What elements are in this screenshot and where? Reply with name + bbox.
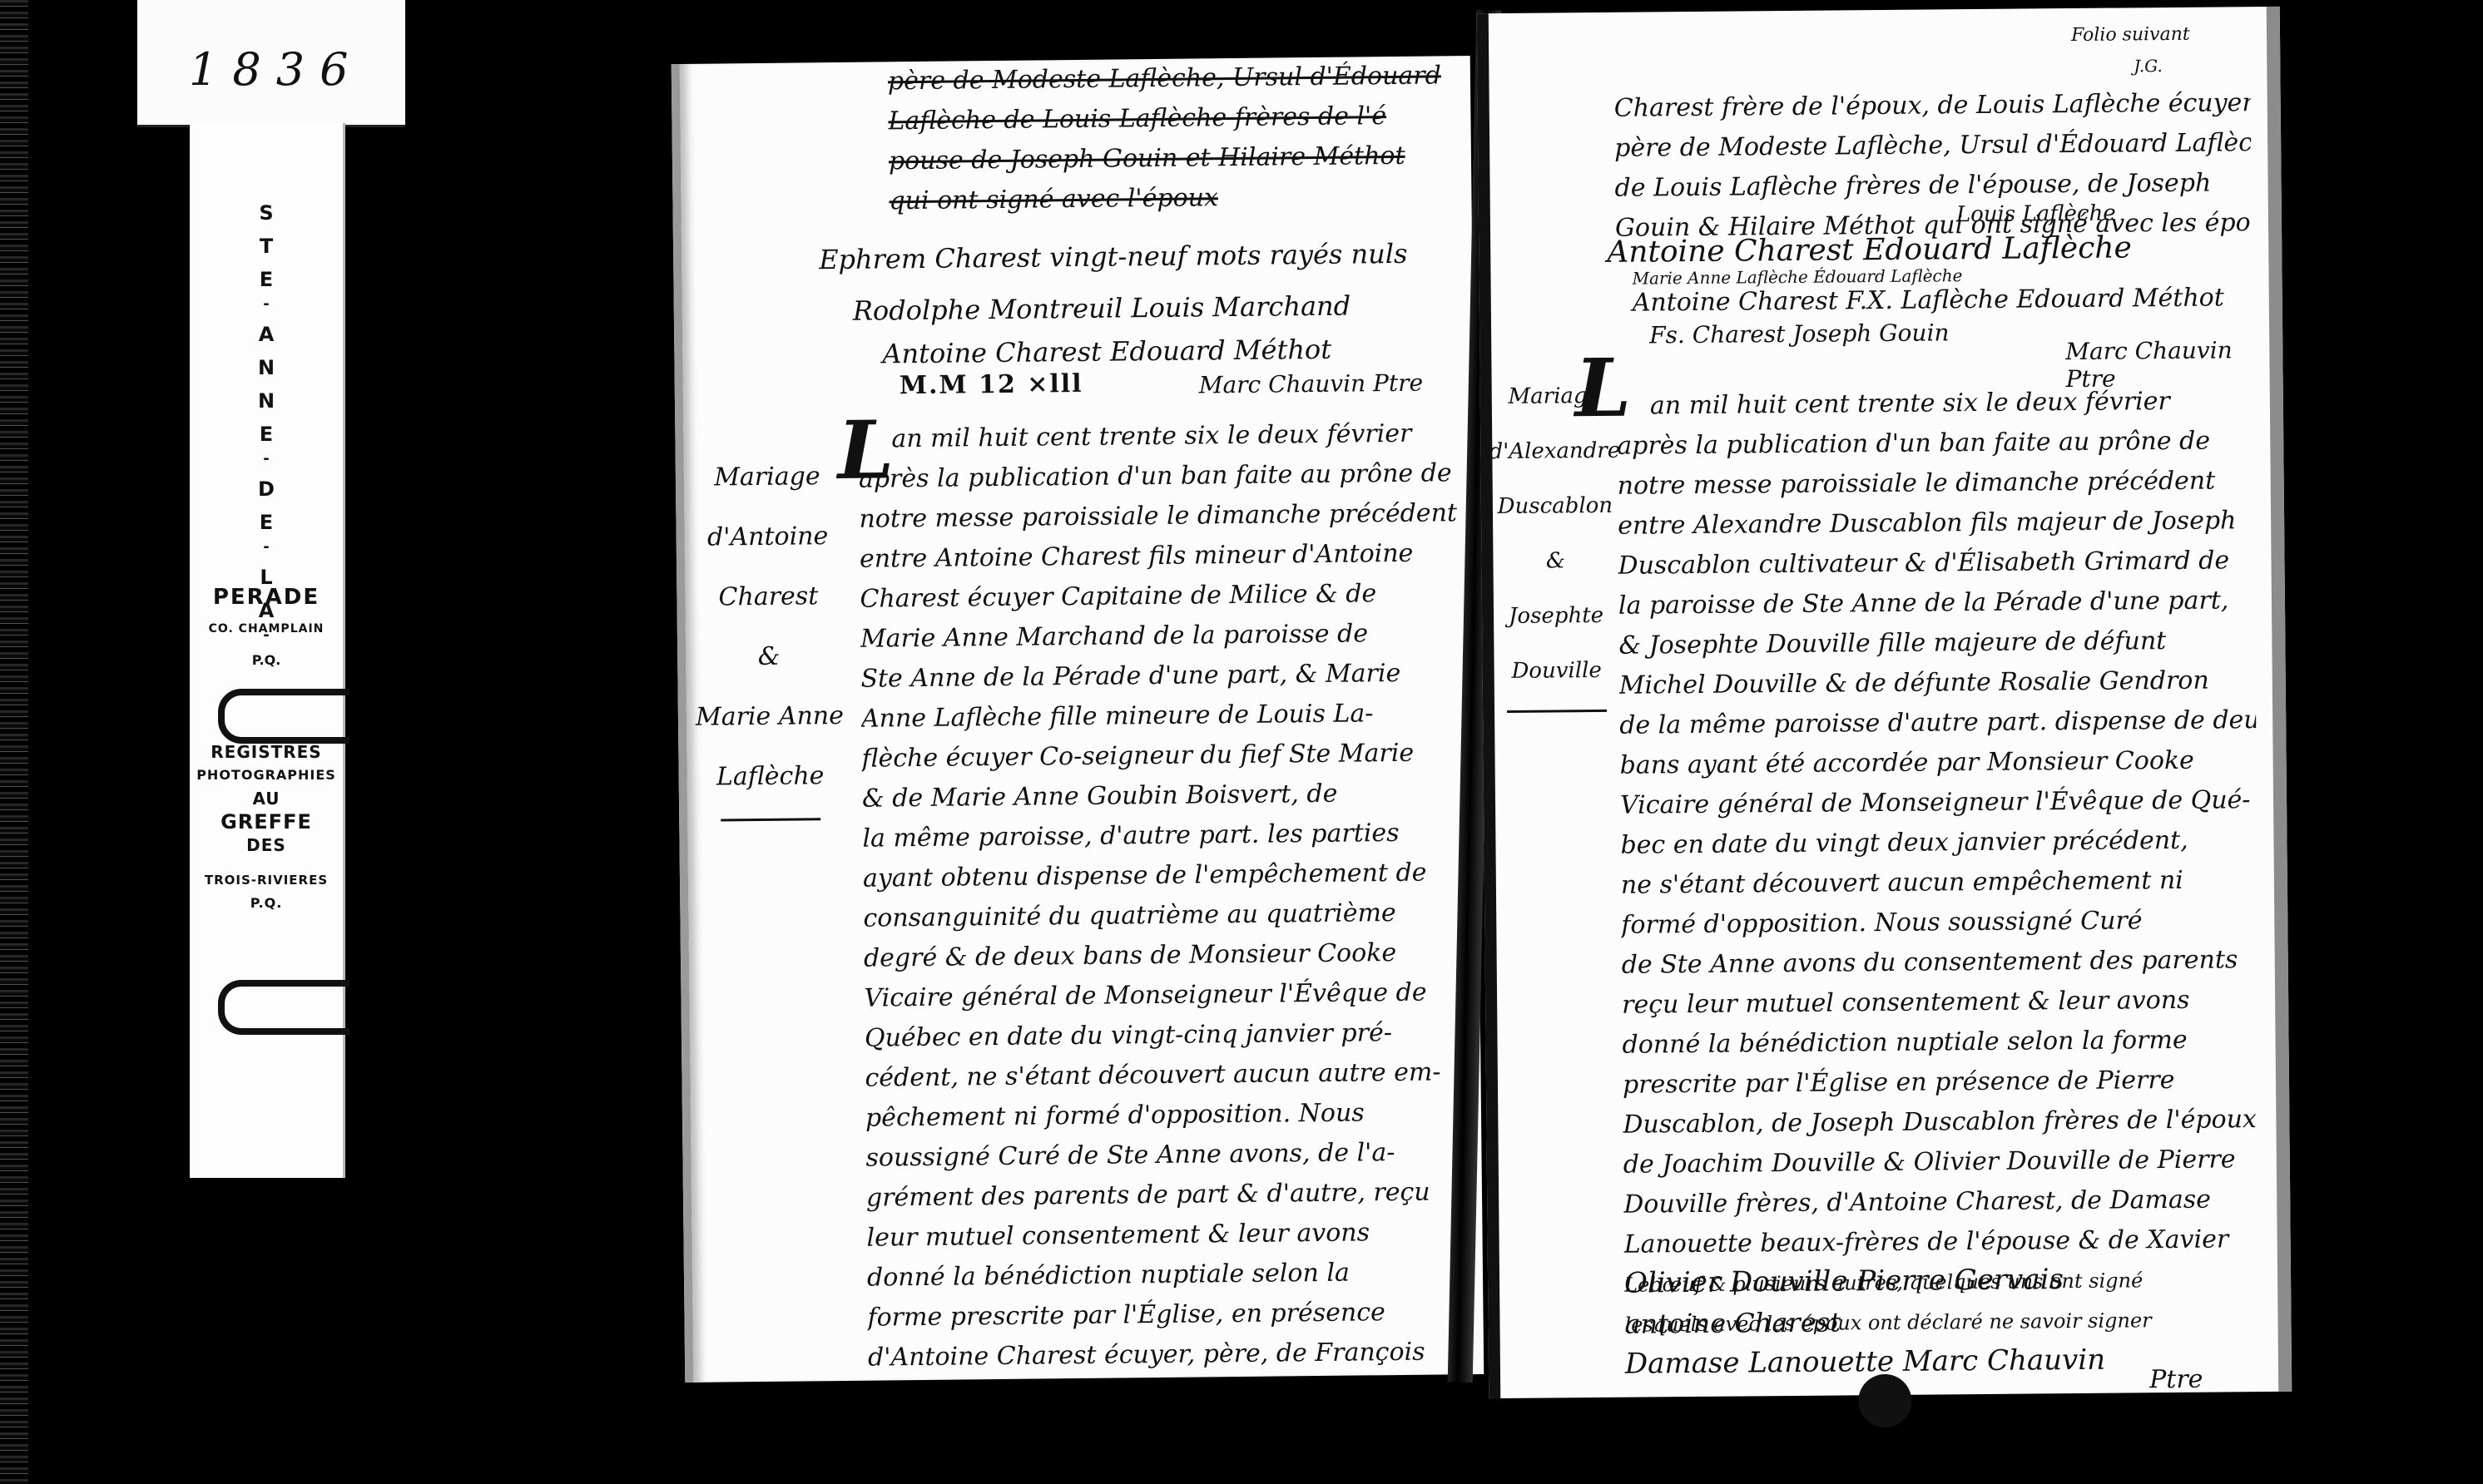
closing-signature: Ptre (2149, 1365, 2203, 1395)
text-line: formé d'opposition. Nous soussigné Curé (1621, 900, 2257, 946)
margin-line: & (1484, 533, 1627, 589)
year-label: 1836 (189, 43, 363, 96)
signature-line: Louis Laflèche (1956, 201, 2116, 228)
text-line: & de Marie Anne Goubin Boisvert, de (862, 773, 1461, 819)
province-label: P.Q. (190, 652, 343, 668)
margin-line: Mariage (1483, 369, 1625, 424)
text-line: bec en date du vingt deux janvier précéd… (1620, 820, 2257, 866)
text-line: an mil huit cent trente six le deux févr… (1617, 381, 2253, 427)
strip-letter: - (263, 296, 269, 318)
text-line: la paroisse de Ste Anne de la Pérade d'u… (1618, 581, 2255, 626)
paper-clip-icon (218, 689, 349, 744)
text-line: Vicaire général de Monseigneur l'Évêque … (1620, 780, 2257, 826)
strip-letter: S (259, 196, 273, 230)
text-line: ayant obtenu dispense de l'empêchement d… (863, 853, 1462, 899)
closing-signature: antoine Charest (1624, 1306, 1841, 1339)
text-line: grément des parents de part & d'autre, r… (866, 1172, 1465, 1219)
text-line: bans ayant été accordée par Monsieur Coo… (1619, 740, 2256, 786)
folio-note: Folio suivant (2071, 24, 2190, 46)
strip-letter: E (260, 418, 273, 451)
strip-letter: T (260, 230, 273, 263)
film-edge-noise (0, 0, 28, 1484)
struck-out-lines: père de Modeste Laflèche, Ursul d'Édouar… (888, 56, 1455, 221)
margin-line: Duscablon (1484, 478, 1627, 534)
paper-clip-icon (218, 980, 349, 1035)
text-line: reçu leur mutuel consentement & leur avo… (1622, 980, 2258, 1026)
archive-line: AU (190, 787, 343, 810)
marriage-entry-text: an mil huit cent trente six le deux févr… (858, 413, 1467, 1378)
strip-letter: E (260, 263, 273, 296)
text-line: de Joachim Douville & Olivier Douville d… (1623, 1140, 2260, 1185)
text-line: leur mutuel consentement & leur avons (866, 1212, 1465, 1259)
text-line: après la publication d'un ban faite au p… (859, 453, 1458, 500)
parish-name-vertical: S T E - A N N E - D E - L A - (190, 196, 343, 649)
text-line: pêchement ni formé d'opposition. Nous (865, 1092, 1465, 1139)
text-line: de Louis Laflèche frères de l'épouse, de… (1614, 163, 2251, 209)
text-line: père de Modeste Laflèche, Ursul d'Édouar… (1614, 123, 2251, 169)
signature-line: Rodolphe Montreuil Louis Marchand (853, 290, 1351, 327)
strip-letter: D (258, 472, 275, 506)
text-line: Québec en date du vingt-cinq janvier pré… (865, 1012, 1464, 1059)
officiant-note: Marc Chauvin Ptre (1199, 369, 1424, 399)
text-line: prescrite par l'Église en présence de Pi… (1623, 1060, 2259, 1106)
text-line: après la publication d'un ban faite au p… (1617, 421, 2253, 467)
margin-line: Laflèche (686, 746, 854, 808)
text-line: soussigné Curé de Ste Anne avons, de l'a… (865, 1132, 1465, 1179)
folio-initials: J.G. (2134, 56, 2163, 76)
text-line: entre Antoine Charest fils mineur d'Anto… (860, 533, 1459, 580)
archive-line: PHOTOGRAPHIES (190, 764, 343, 787)
signature-line: Antoine Charest F.X. Laflèche Edouard Mé… (1633, 283, 2224, 317)
ink-blot (1858, 1374, 1912, 1428)
text-line: la même paroisse, d'autre part. les part… (862, 813, 1461, 859)
text-line: Duscablon cultivateur & d'Élisabeth Grim… (1618, 541, 2254, 586)
margin-rule (1507, 710, 1607, 713)
strip-letter: - (263, 451, 269, 472)
text-line: Marie Anne Marchand de la paroisse de (860, 613, 1460, 660)
text-line: notre messe paroissiale le dimanche préc… (859, 493, 1458, 540)
text-line: de la même paroisse d'autre part. dispen… (1619, 700, 2256, 746)
signature-line: Marie Anne Laflèche Édouard Laflèche (1632, 265, 1962, 288)
margin-line: & (686, 626, 853, 688)
text-line: degré & de deux bans de Monsieur Cooke (864, 932, 1463, 979)
archive-line: DES (190, 834, 343, 857)
text-line: Anne Laflèche fille mineure de Louis La- (861, 693, 1460, 740)
text-line: donné la bénédiction nuptiale selon la (867, 1252, 1466, 1298)
closing-signature: Damase Lanouette Marc Chauvin (1625, 1343, 2105, 1381)
archive-line: REGISTRES (190, 740, 343, 764)
margin-line: d'Antoine (684, 507, 851, 568)
strip-letter: N (258, 351, 275, 384)
text-line: d'Antoine Charest écuyer, père, de Franç… (868, 1332, 1467, 1378)
text-line: forme prescrite par l'Église, en présenc… (867, 1292, 1466, 1338)
signature-line: Ephrem Charest vingt-neuf mots rayés nul… (819, 238, 1408, 275)
left-register-page: père de Modeste Laflèche, Ursul d'Édouar… (672, 56, 1484, 1383)
margin-line: d'Alexandre (1484, 423, 1626, 479)
text-line: consanguinité du quatrième au quatrième (863, 893, 1462, 939)
marriage-margin-note: Mariage d'Antoine Charest & Marie Anne L… (684, 447, 855, 822)
text-line: donné la bénédiction nuptiale selon la f… (1622, 1020, 2258, 1066)
county-label: CO. CHAMPLAIN (190, 622, 343, 636)
margin-line: Mariage (684, 447, 851, 508)
signature-line: Fs. Charest Joseph Gouin (1649, 319, 1950, 349)
marriage-margin-note: Mariage d'Alexandre Duscablon & Josephte… (1483, 369, 1628, 713)
signature-line: Antoine Charest Edouard Laflèche (1607, 230, 2132, 270)
year-label-card: 1836 (137, 0, 405, 127)
margin-line: Josephte (1485, 588, 1628, 644)
text-line: ne s'étant découvert aucun empêchement n… (1621, 860, 2257, 906)
text-line: Ste Anne de la Pérade d'une part, & Mari… (860, 653, 1460, 700)
text-line: entre Alexandre Duscablon fils majeur de… (1618, 501, 2254, 547)
strip-letter: A (259, 318, 275, 351)
struck-line: pouse de Joseph Gouin et Hilaire Méthot (889, 136, 1455, 181)
archive-line: P.Q. (190, 892, 343, 915)
continuation-text: Charest frère de l'époux, de Louis Laflè… (1614, 83, 2253, 249)
margin-line: Charest (685, 566, 852, 628)
strip-letter: E (260, 506, 273, 539)
text-line: cédent, ne s'étant découvert aucun autre… (865, 1052, 1464, 1099)
text-line: Douville frères, d'Antoine Charest, de D… (1623, 1180, 2260, 1225)
text-line: Vicaire général de Monseigneur l'Évêque … (864, 972, 1463, 1019)
text-line: Lanouette beaux-frères de l'épouse & de … (1623, 1219, 2260, 1265)
marriage-entry-text: an mil huit cent trente six le deux févr… (1617, 381, 2262, 1345)
archive-line: GREFFE (190, 810, 343, 834)
text-line: Charest écuyer Capitaine de Milice & de (860, 573, 1459, 620)
strip-letter: N (258, 384, 275, 418)
text-line: flèche écuyer Co-seigneur du fief Ste Ma… (861, 733, 1460, 779)
text-line: de Ste Anne avons du consentement des pa… (1622, 940, 2258, 986)
entry-identifier: M.M 12 ×lll (900, 369, 1083, 400)
text-line: Michel Douville & de défunte Rosalie Gen… (1619, 660, 2256, 706)
margin-line: Douville (1485, 643, 1628, 699)
text-line: an mil huit cent trente six le deux févr… (858, 413, 1457, 460)
text-line: notre messe paroissiale le dimanche préc… (1618, 461, 2254, 507)
strip-letter: - (263, 539, 269, 561)
text-line: & Josephte Douville fille majeure de déf… (1618, 621, 2255, 666)
parish-name-end: PERADE (190, 585, 343, 610)
struck-line: père de Modeste Laflèche, Ursul d'Édouar… (888, 56, 1454, 101)
text-line: Charest frère de l'époux, de Louis Laflè… (1614, 83, 2251, 129)
struck-line: qui ont signé avec l'époux (889, 176, 1455, 221)
margin-line: Marie Anne (686, 686, 854, 748)
struck-line: Laflèche de Louis Laflèche frères de l'é (888, 96, 1454, 141)
closing-signature: Olivier Douville Pierre Gervais (1624, 1263, 2064, 1300)
archive-label: REGISTRES PHOTOGRAPHIES AU GREFFE DES TR… (190, 740, 343, 915)
margin-rule (721, 818, 820, 821)
text-line: Duscablon, de Joseph Duscablon frères de… (1623, 1100, 2259, 1145)
right-register-page: Folio suivant J.G. Charest frère de l'ép… (1477, 7, 2292, 1398)
archive-line: TROIS-RIVIERES (190, 868, 343, 892)
signature-line: Antoine Charest Edouard Méthot (882, 334, 1331, 370)
